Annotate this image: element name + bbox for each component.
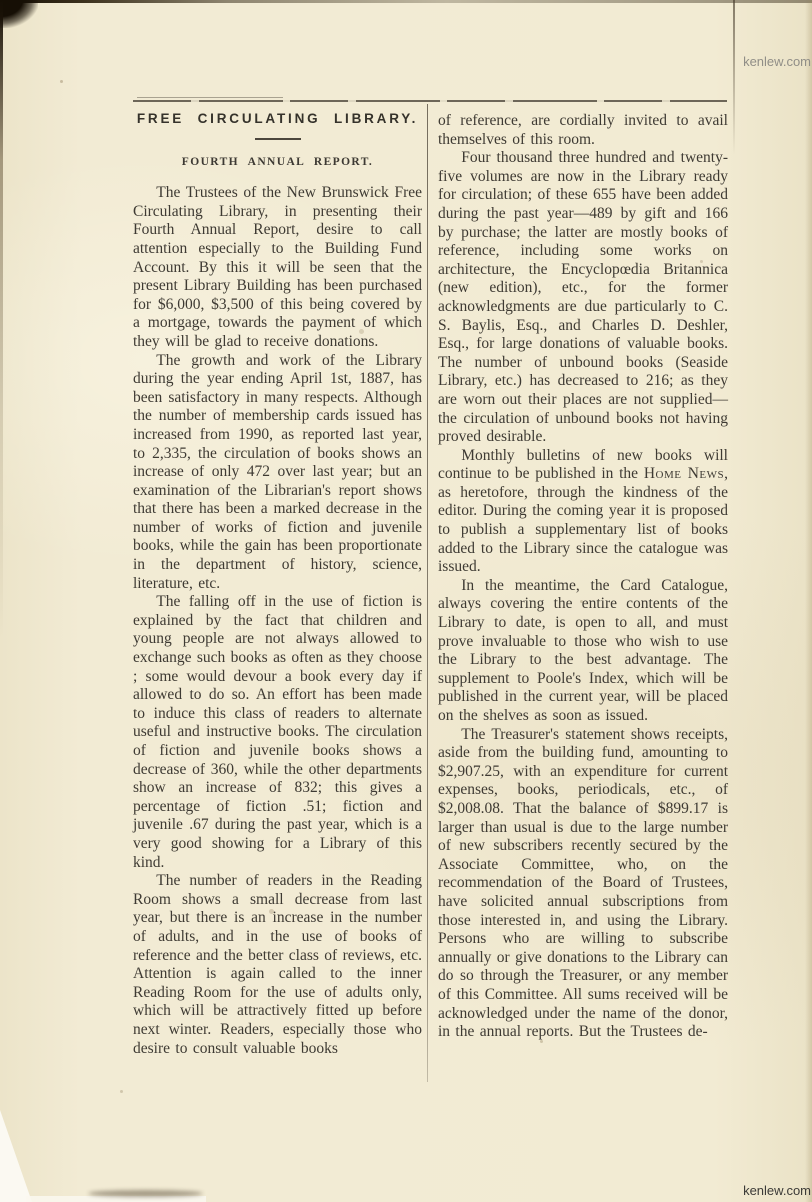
ink-smudge xyxy=(88,1190,203,1197)
column-divider xyxy=(427,104,428,1082)
header-rule xyxy=(133,100,727,102)
left-column: FREE CIRCULATING LIBRARY. FOURTH ANNUAL … xyxy=(133,110,422,1058)
paragraph: The Treasurer's statement shows receipts… xyxy=(438,726,728,1042)
paragraph: The Trustees of the New Brunswick Free C… xyxy=(133,184,422,351)
report-subtitle: FOURTH ANNUAL REPORT. xyxy=(133,153,422,172)
paragraph: The falling off in the use of fiction is… xyxy=(133,593,422,872)
paragraph: In the meantime, the Card Catalogue, alw… xyxy=(438,577,728,726)
paragraph: Four thousand three hundred and twenty-f… xyxy=(438,149,728,447)
scan-corner-shadow xyxy=(0,0,38,28)
paragraph: The number of readers in the Reading Roo… xyxy=(133,872,422,1058)
paragraph: of reference, are cordially invited to a… xyxy=(438,112,728,149)
paragraph: The growth and work of the Library durin… xyxy=(133,352,422,594)
scan-top-edge-shadow xyxy=(0,0,812,3)
watermark-top: kenlew.com xyxy=(743,54,811,69)
watermark-bottom: kenlew.com xyxy=(743,1183,811,1198)
scan-left-edge-shadow xyxy=(0,0,3,640)
scanned-document-page: FREE CIRCULATING LIBRARY. FOURTH ANNUAL … xyxy=(0,0,812,1202)
title-rule xyxy=(255,138,301,140)
scan-backing-wedge xyxy=(0,1110,32,1202)
page-title: FREE CIRCULATING LIBRARY. xyxy=(133,110,422,129)
paper-speckles xyxy=(60,80,63,83)
right-column: of reference, are cordially invited to a… xyxy=(438,112,728,1042)
scan-right-edge-shade xyxy=(805,0,812,1202)
scan-bottom-edge xyxy=(26,1196,206,1202)
left-column-text: The Trustees of the New Brunswick Free C… xyxy=(133,184,422,1058)
right-column-text: of reference, are cordially invited to a… xyxy=(438,112,728,1042)
paragraph: Monthly bulletins of new books will cont… xyxy=(438,447,728,577)
page-crease-line xyxy=(733,0,735,155)
